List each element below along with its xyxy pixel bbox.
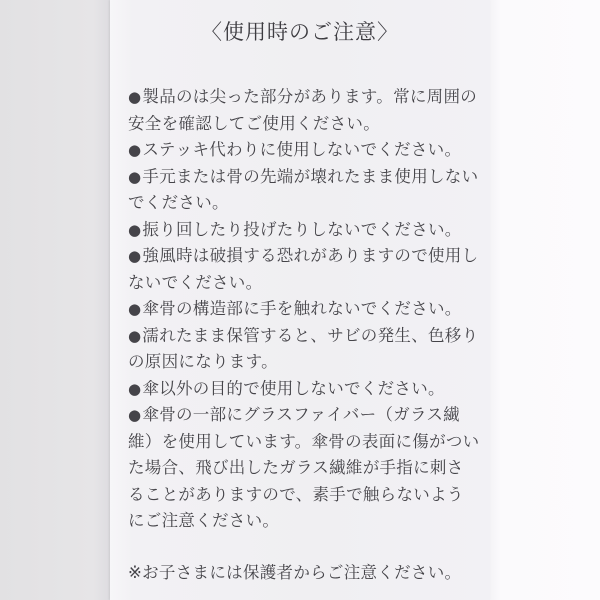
notice-item-text: 強風時は破損する恐れがありますので使用しないでください。 <box>128 246 478 292</box>
notice-item: ●振り回したり投げたりしないでください。 <box>128 217 480 244</box>
notice-item-text: 製品のは尖った部分があります。常に周囲の安全を確認してご使用ください。 <box>128 87 477 133</box>
notice-item-text: 手元または骨の先端が壊れたまま使用しないでください。 <box>128 167 478 213</box>
notice-item-text: 傘骨の一部にグラスファイバー（ガラス繊維）を使用しています。傘骨の表面に傷がつい… <box>128 405 479 530</box>
notice-item-text: 振り回したり投げたりしないでください。 <box>142 220 461 239</box>
notice-item: ●ステッキ代わりに使用しないでください。 <box>128 137 480 164</box>
notice-item: ●強風時は破損する恐れがありますので使用しないでください。 <box>128 243 480 296</box>
bullet-icon: ● <box>128 406 141 424</box>
notice-item: ●手元または骨の先端が壊れたまま使用しないでください。 <box>128 164 480 217</box>
bullet-icon: ● <box>128 141 141 159</box>
notice-item-text: 傘骨の構造部に手を触れないでください。 <box>142 299 461 318</box>
bullet-icon: ● <box>128 300 141 318</box>
bullet-icon: ● <box>128 327 141 345</box>
notice-list: ●製品のは尖った部分があります。常に周囲の安全を確認してご使用ください。 ●ステ… <box>128 84 480 535</box>
notice-item: ●傘骨の一部にグラスファイバー（ガラス繊維）を使用しています。傘骨の表面に傷がつ… <box>128 402 480 535</box>
bullet-icon: ● <box>128 168 141 186</box>
notice-title: 〈使用時のご注意〉 <box>128 16 472 46</box>
notice-item: ●濡れたまま保管すると、サビの発生、色移りの原因になります。 <box>128 323 480 376</box>
notice-item-text: 傘以外の目的で使用しないでください。 <box>142 379 444 398</box>
notice-item: ●傘骨の構造部に手を触れないでください。 <box>128 296 480 323</box>
notice-item-text: ステッキ代わりに使用しないでください。 <box>142 140 461 159</box>
label-photo: 〈使用時のご注意〉 ●製品のは尖った部分があります。常に周囲の安全を確認してご使… <box>0 0 600 600</box>
notice-footnote: ※お子さまには保護者からご注意ください。 <box>128 560 480 587</box>
bullet-icon: ● <box>128 88 141 106</box>
notice-item: ●製品のは尖った部分があります。常に周囲の安全を確認してご使用ください。 <box>128 84 480 137</box>
notice-item-text: 濡れたまま保管すると、サビの発生、色移りの原因になります。 <box>128 326 478 372</box>
background-left <box>0 0 110 600</box>
notice-label: 〈使用時のご注意〉 ●製品のは尖った部分があります。常に周囲の安全を確認してご使… <box>110 0 490 600</box>
notice-item: ●傘以外の目的で使用しないでください。 <box>128 376 480 403</box>
background-right <box>490 0 600 600</box>
bullet-icon: ● <box>128 221 141 239</box>
bullet-icon: ● <box>128 380 141 398</box>
bullet-icon: ● <box>128 247 141 265</box>
